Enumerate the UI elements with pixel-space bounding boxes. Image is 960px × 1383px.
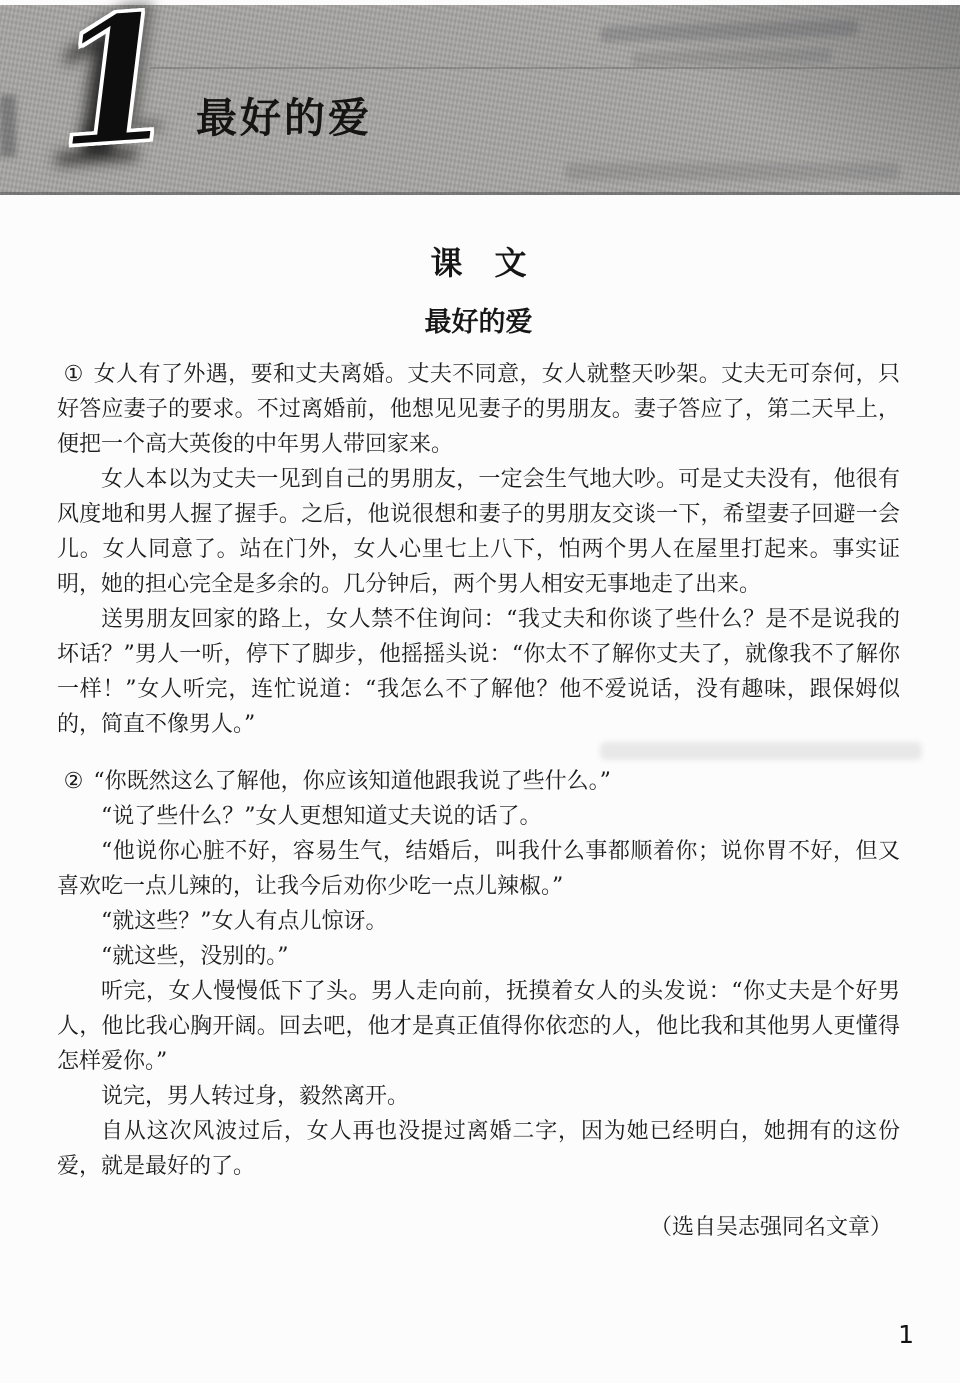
paragraph: ②“你既然这么了解他，你应该知道他跟我说了些什么。” xyxy=(57,764,900,799)
bleed-through-artifact xyxy=(565,163,900,180)
lesson-title: 最好的爱 xyxy=(196,85,372,144)
bleed-through-artifact xyxy=(600,20,858,43)
banner-bottom-edge xyxy=(0,192,960,195)
paragraph-text: 女人有了外遇，要和丈夫离婚。丈夫不同意，女人就整天吵架。丈夫无可奈何，只好答应妻… xyxy=(57,362,900,457)
lesson-text: 课 文 最好的爱 ①女人有了外遇，要和丈夫离婚。丈夫不同意，女人就整天吵架。丈夫… xyxy=(57,245,900,1245)
scan-crease-line xyxy=(150,67,960,69)
paragraph-text: “说了些什么？”女人更想知道丈夫说的话了。 xyxy=(101,804,542,829)
paragraph-text: “你既然这么了解他，你应该知道他跟我说了些什么。” xyxy=(93,769,611,794)
paragraph: ①女人有了外遇，要和丈夫离婚。丈夫不同意，女人就整天吵架。丈夫无可奈何，只好答应… xyxy=(57,357,900,462)
bleed-through-artifact xyxy=(632,48,832,65)
lesson-header-banner: 1 最好的爱 xyxy=(0,5,960,195)
page-number: 1 xyxy=(898,1320,914,1349)
paragraph-text: 说完，男人转过身，毅然离开。 xyxy=(101,1084,409,1109)
article-title: 最好的爱 xyxy=(57,307,900,339)
paragraph-text: “就这些？”女人有点儿惊讶。 xyxy=(101,909,388,934)
paragraph: “说了些什么？”女人更想知道丈夫说的话了。 xyxy=(57,799,900,834)
scan-edge-artifact xyxy=(0,95,16,157)
paragraph: 听完，女人慢慢低下了头。男人走向前，抚摸着女人的头发说：“你丈夫是个好男人，他比… xyxy=(57,974,900,1079)
lesson-number: 1 xyxy=(48,0,184,191)
paragraph-text: 自从这次风波过后，女人再也没提过离婚二字，因为她已经明白，她拥有的这份爱，就是最… xyxy=(57,1119,900,1179)
textbook-page: 1 最好的爱 课 文 最好的爱 ①女人有了外遇，要和丈夫离婚。丈夫不同意，女人就… xyxy=(0,0,960,1383)
paragraph: 女人本以为丈夫一见到自己的男朋友，一定会生气地大吵。可是丈夫没有，他很有风度地和… xyxy=(57,462,900,602)
paragraph: “就这些？”女人有点儿惊讶。 xyxy=(57,904,900,939)
paragraph: “他说你心脏不好，容易生气，结婚后，叫我什么事都顺着你；说你胃不好，但又喜欢吃一… xyxy=(57,834,900,904)
paragraph-text: 送男朋友回家的路上，女人禁不住询问：“我丈夫和你谈了些什么？是不是说我的坏话？”… xyxy=(57,607,900,737)
paragraph-marker: ② xyxy=(64,769,84,794)
paragraph-text: “他说你心脏不好，容易生气，结婚后，叫我什么事都顺着你；说你胃不好，但又喜欢吃一… xyxy=(57,839,900,899)
paragraph: “就这些，没别的。” xyxy=(57,939,900,974)
paragraph-text: 女人本以为丈夫一见到自己的男朋友，一定会生气地大吵。可是丈夫没有，他很有风度地和… xyxy=(57,467,900,597)
paragraph: 自从这次风波过后，女人再也没提过离婚二字，因为她已经明白，她拥有的这份爱，就是最… xyxy=(57,1114,900,1184)
paragraph-text: “就这些，没别的。” xyxy=(101,944,289,969)
attribution: （选自吴志强同名文章） xyxy=(57,1210,892,1245)
paragraph: 说完，男人转过身，毅然离开。 xyxy=(57,1079,900,1114)
paragraph: 送男朋友回家的路上，女人禁不住询问：“我丈夫和你谈了些什么？是不是说我的坏话？”… xyxy=(57,602,900,742)
paragraph-text: 听完，女人慢慢低下了头。男人走向前，抚摸着女人的头发说：“你丈夫是个好男人，他比… xyxy=(57,979,900,1074)
paragraph-marker: ① xyxy=(64,362,84,387)
section-heading: 课 文 xyxy=(57,245,900,281)
